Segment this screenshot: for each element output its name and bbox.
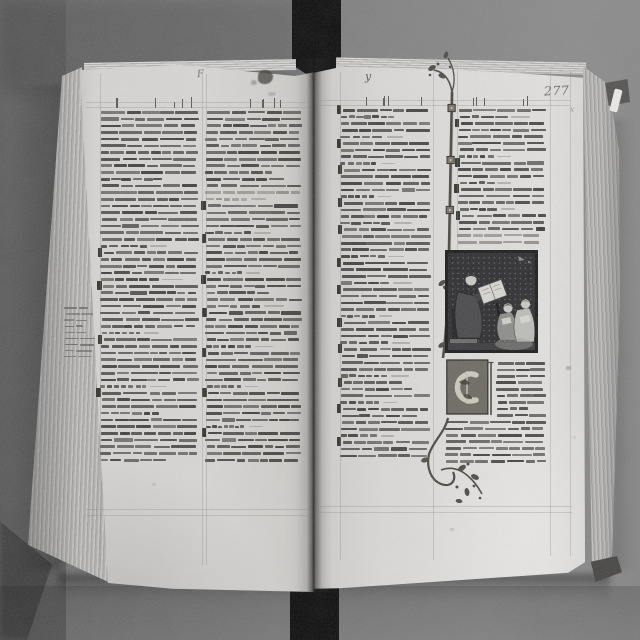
text-line bbox=[207, 336, 301, 343]
text-line bbox=[206, 236, 301, 243]
text-line bbox=[206, 343, 273, 350]
text-line bbox=[205, 189, 302, 196]
text-line bbox=[206, 156, 303, 163]
text-line bbox=[207, 290, 271, 297]
text-line bbox=[207, 122, 304, 129]
text-line bbox=[101, 129, 199, 136]
miniature-master-and-pupils bbox=[445, 250, 538, 353]
margin-x-mark: x bbox=[570, 106, 575, 114]
text-line bbox=[101, 437, 198, 444]
decorated-initial-C bbox=[446, 358, 494, 418]
text-line bbox=[341, 253, 404, 260]
text-line bbox=[101, 303, 198, 310]
text-line bbox=[340, 160, 394, 167]
bar-knot bbox=[447, 156, 454, 163]
text-line bbox=[206, 223, 303, 230]
text-line bbox=[341, 313, 392, 320]
text-line bbox=[100, 443, 197, 450]
text-line bbox=[101, 109, 200, 116]
text-line bbox=[102, 403, 198, 410]
text-column-left-margin-note bbox=[65, 305, 98, 360]
ruling-line-horizontal bbox=[86, 515, 308, 516]
text-line bbox=[340, 399, 397, 406]
bar-knot bbox=[448, 104, 455, 111]
bar-top-sprig bbox=[427, 51, 454, 92]
text-line bbox=[207, 296, 304, 303]
text-line bbox=[206, 243, 302, 250]
text-line bbox=[207, 109, 304, 116]
ink-stain bbox=[251, 80, 257, 85]
text-line bbox=[101, 377, 200, 384]
ruling-line-horizontal bbox=[86, 102, 308, 103]
text-line bbox=[101, 116, 200, 123]
text-line bbox=[205, 276, 302, 283]
text-line bbox=[101, 156, 198, 163]
ink-stain bbox=[258, 70, 273, 84]
text-line bbox=[101, 136, 198, 143]
text-column-left-col-1 bbox=[101, 109, 200, 463]
text-line bbox=[206, 350, 302, 357]
text-line bbox=[101, 370, 198, 377]
text-line bbox=[102, 316, 201, 323]
ruling-line-vertical bbox=[340, 72, 341, 560]
quire-mark-right-page: y bbox=[365, 71, 371, 82]
text-line bbox=[206, 417, 301, 424]
ink-stain bbox=[268, 92, 276, 96]
text-line bbox=[102, 330, 159, 337]
text-line bbox=[205, 323, 300, 330]
text-line bbox=[340, 134, 402, 141]
text-line bbox=[100, 296, 198, 303]
text-line bbox=[206, 129, 301, 136]
text-line bbox=[206, 283, 303, 290]
text-line bbox=[341, 373, 409, 380]
text-line bbox=[101, 270, 197, 277]
text-line bbox=[206, 356, 301, 363]
text-line bbox=[101, 356, 197, 363]
ink-stain bbox=[450, 528, 454, 531]
text-line bbox=[101, 163, 197, 170]
text-line bbox=[101, 410, 160, 417]
text-line bbox=[341, 114, 396, 121]
text-line bbox=[207, 403, 303, 410]
text-line bbox=[205, 229, 271, 236]
ruling-line-vertical bbox=[206, 74, 207, 565]
text-line bbox=[100, 450, 199, 457]
text-line bbox=[205, 169, 273, 176]
text-line bbox=[207, 303, 284, 310]
text-line bbox=[206, 316, 303, 323]
text-line bbox=[206, 423, 263, 430]
text-line bbox=[101, 243, 167, 250]
text-column-left-col-2 bbox=[206, 109, 303, 463]
text-line bbox=[206, 176, 286, 183]
text-line bbox=[205, 270, 259, 277]
text-line bbox=[206, 310, 301, 317]
text-line bbox=[205, 457, 299, 464]
text-line bbox=[341, 432, 395, 439]
text-line bbox=[205, 330, 299, 337]
text-line bbox=[206, 430, 303, 437]
text-line bbox=[100, 383, 167, 390]
text-line bbox=[207, 443, 302, 450]
text-line bbox=[207, 450, 303, 457]
text-line bbox=[207, 183, 303, 190]
text-line bbox=[207, 209, 303, 216]
text-line bbox=[341, 193, 391, 200]
text-line bbox=[102, 236, 200, 243]
text-line bbox=[101, 149, 200, 156]
text-line bbox=[101, 323, 197, 330]
manuscript-photograph: 277 F y x bbox=[0, 0, 640, 640]
text-line bbox=[206, 149, 302, 156]
text-line bbox=[101, 417, 197, 424]
text-line bbox=[206, 263, 301, 270]
master-head bbox=[466, 275, 477, 286]
text-line bbox=[101, 350, 198, 357]
text-line bbox=[102, 336, 199, 343]
text-line bbox=[342, 379, 405, 386]
text-line bbox=[207, 383, 259, 390]
text-line bbox=[101, 283, 200, 290]
text-line bbox=[206, 249, 301, 256]
ruling-line-horizontal bbox=[86, 107, 308, 108]
ruling-line-vertical bbox=[309, 74, 310, 565]
text-line bbox=[205, 203, 299, 210]
text-line bbox=[102, 249, 201, 256]
ruling-line-vertical bbox=[100, 74, 101, 565]
text-line bbox=[101, 209, 198, 216]
text-line bbox=[101, 203, 198, 210]
text-line bbox=[102, 397, 199, 404]
text-line bbox=[207, 116, 303, 123]
text-line bbox=[100, 390, 198, 397]
text-line bbox=[206, 196, 266, 203]
text-line bbox=[206, 163, 302, 170]
text-line bbox=[64, 354, 92, 360]
bottom-vine-flourish bbox=[421, 418, 482, 504]
text-line bbox=[101, 169, 198, 176]
text-line bbox=[100, 263, 198, 270]
text-line bbox=[101, 122, 198, 129]
ruling-line-vertical bbox=[202, 74, 203, 565]
text-line bbox=[101, 196, 199, 203]
text-line bbox=[101, 290, 198, 297]
ruling-line-horizontal bbox=[86, 509, 308, 510]
text-line bbox=[101, 457, 168, 464]
bar-knot bbox=[446, 206, 453, 213]
text-line bbox=[102, 183, 199, 190]
ink-stain bbox=[152, 483, 156, 486]
text-line bbox=[101, 256, 198, 263]
text-line bbox=[101, 343, 200, 350]
text-line bbox=[102, 363, 199, 370]
text-line bbox=[101, 276, 183, 283]
text-line bbox=[100, 229, 199, 236]
text-line bbox=[101, 423, 197, 430]
text-line bbox=[100, 310, 197, 317]
text-line bbox=[102, 216, 199, 223]
text-line bbox=[101, 176, 164, 183]
text-line bbox=[101, 189, 200, 196]
text-line bbox=[206, 397, 302, 404]
quire-mark-left-page: F bbox=[197, 70, 205, 81]
text-line bbox=[101, 223, 200, 230]
text-line bbox=[101, 430, 197, 437]
text-line bbox=[205, 136, 300, 143]
text-line bbox=[206, 256, 303, 263]
text-line bbox=[206, 216, 301, 223]
text-line bbox=[206, 142, 302, 149]
text-line bbox=[101, 142, 197, 149]
folio-number: 277 bbox=[544, 85, 570, 98]
text-line bbox=[205, 437, 301, 444]
text-line bbox=[206, 410, 302, 417]
student-two-robe bbox=[514, 308, 535, 342]
text-line bbox=[205, 377, 299, 384]
text-line bbox=[207, 370, 303, 377]
text-line bbox=[206, 390, 301, 397]
text-line bbox=[205, 363, 301, 370]
